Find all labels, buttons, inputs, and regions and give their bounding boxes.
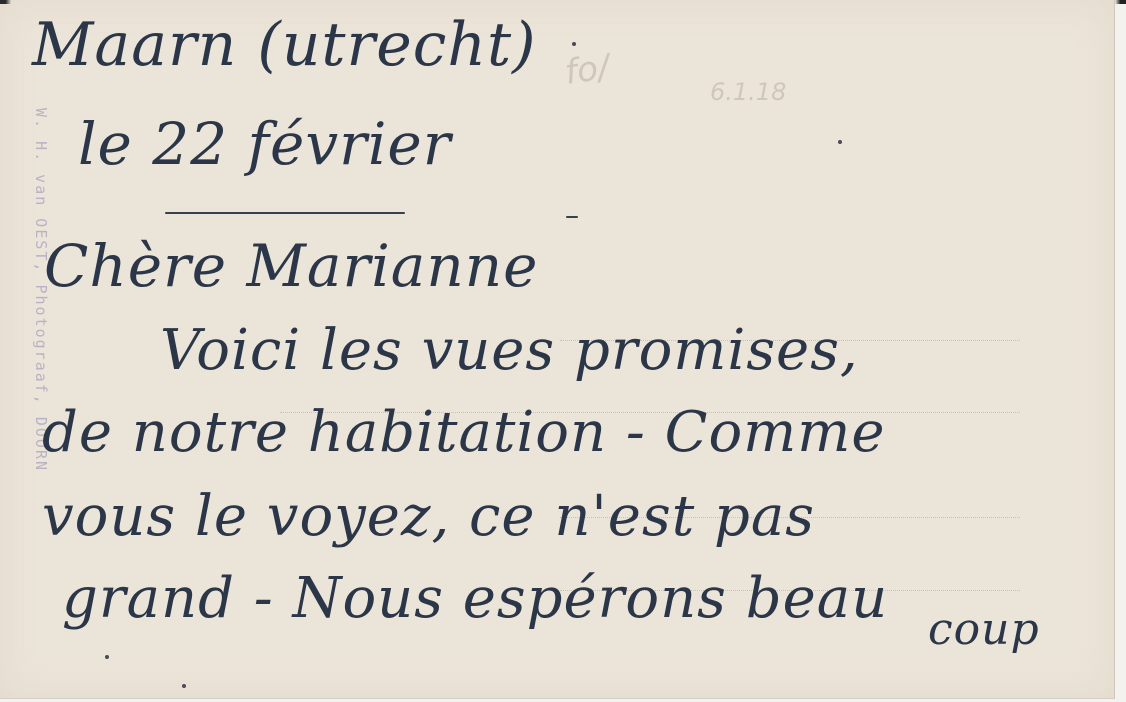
date-line: le 22 février bbox=[78, 110, 451, 178]
pencil-mark: 6.1.18 bbox=[710, 78, 786, 106]
dash-mark bbox=[566, 216, 578, 218]
ink-spot bbox=[572, 42, 576, 46]
letter-line-5: coup bbox=[928, 604, 1040, 655]
salutation: Chère Marianne bbox=[44, 232, 538, 300]
letter-line-4: grand - Nous espérons beau bbox=[62, 566, 888, 631]
letter-line-3: vous le voyez, ce n'est pas bbox=[42, 484, 815, 549]
ink-spot bbox=[105, 655, 109, 659]
ink-spot bbox=[838, 140, 842, 144]
photographer-stamp: W. H. van OEST, Photograaf, DOORN bbox=[24, 108, 50, 548]
letter-line-1: Voici les vues promises, bbox=[160, 318, 859, 383]
pencil-mark: fo/ bbox=[562, 47, 611, 93]
postcard: W. H. van OEST, Photograaf, DOORN fo/ 6.… bbox=[0, 0, 1115, 699]
place-line: Maarn (utrecht) bbox=[32, 10, 537, 80]
scan-edge bbox=[0, 0, 1126, 4]
date-underline bbox=[165, 212, 405, 214]
letter-line-2: de notre habitation - Comme bbox=[42, 400, 886, 465]
ink-spot bbox=[182, 684, 186, 688]
